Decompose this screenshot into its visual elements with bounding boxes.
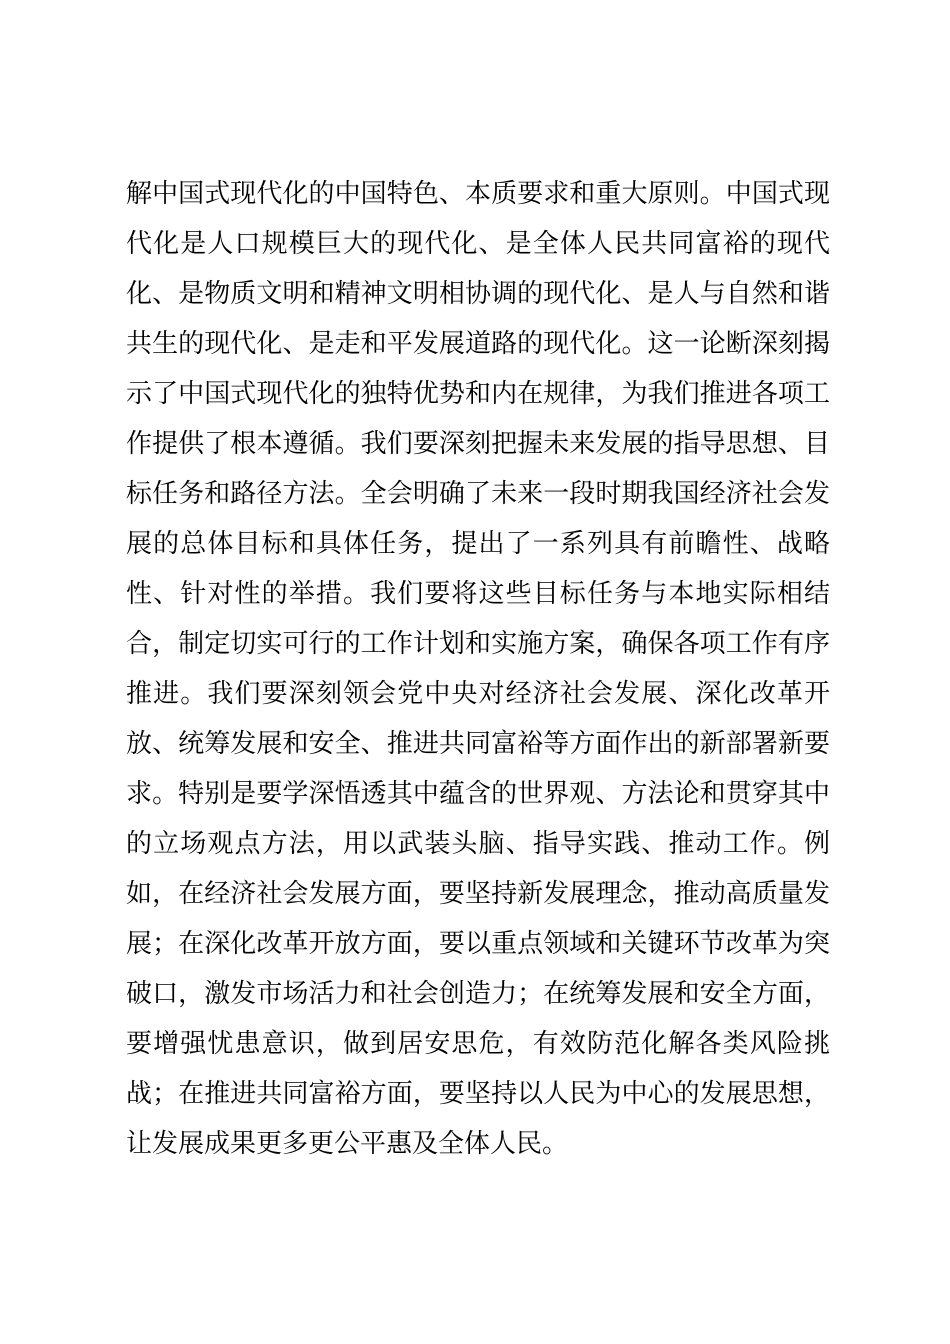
paragraph-line: 让发展成果更多更公平惠及全体人民。 — [126, 1118, 830, 1168]
paragraph-line: 代化是人口规模巨大的现代化、是全体人民共同富裕的现代 — [126, 218, 830, 268]
paragraph-line: 共生的现代化、是走和平发展道路的现代化。这一论断深刻揭 — [126, 318, 830, 368]
body-paragraph: 解中国式现代化的中国特色、本质要求和重大原则。中国式现代化是人口规模巨大的现代化… — [126, 168, 830, 1168]
paragraph-line: 要增强忧患意识，做到居安思危，有效防范化解各类风险挑 — [126, 1018, 830, 1068]
paragraph-line: 推进。我们要深刻领会党中央对经济社会发展、深化改革开 — [126, 668, 830, 718]
paragraph-line: 战；在推进共同富裕方面，要坚持以人民为中心的发展思想， — [126, 1068, 830, 1118]
paragraph-line: 的立场观点方法，用以武装头脑、指导实践、推动工作。例 — [126, 818, 830, 868]
paragraph-line: 化、是物质文明和精神文明相协调的现代化、是人与自然和谐 — [126, 268, 830, 318]
paragraph-line: 放、统筹发展和安全、推进共同富裕等方面作出的新部署新要 — [126, 718, 830, 768]
paragraph-line: 破口，激发市场活力和社会创造力；在统筹发展和安全方面， — [126, 968, 830, 1018]
paragraph-line: 如，在经济社会发展方面，要坚持新发展理念，推动高质量发 — [126, 868, 830, 918]
paragraph-line: 求。特别是要学深悟透其中蕴含的世界观、方法论和贯穿其中 — [126, 768, 830, 818]
paragraph-line: 展的总体目标和具体任务，提出了一系列具有前瞻性、战略 — [126, 518, 830, 568]
paragraph-line: 示了中国式现代化的独特优势和内在规律，为我们推进各项工 — [126, 368, 830, 418]
paragraph-line: 标任务和路径方法。全会明确了未来一段时期我国经济社会发 — [126, 468, 830, 518]
document-page: 解中国式现代化的中国特色、本质要求和重大原则。中国式现代化是人口规模巨大的现代化… — [0, 0, 950, 1344]
paragraph-line: 合，制定切实可行的工作计划和实施方案，确保各项工作有序 — [126, 618, 830, 668]
paragraph-line: 解中国式现代化的中国特色、本质要求和重大原则。中国式现 — [126, 168, 830, 218]
paragraph-line: 展；在深化改革开放方面，要以重点领域和关键环节改革为突 — [126, 918, 830, 968]
paragraph-line: 作提供了根本遵循。我们要深刻把握未来发展的指导思想、目 — [126, 418, 830, 468]
paragraph-line: 性、针对性的举措。我们要将这些目标任务与本地实际相结 — [126, 568, 830, 618]
